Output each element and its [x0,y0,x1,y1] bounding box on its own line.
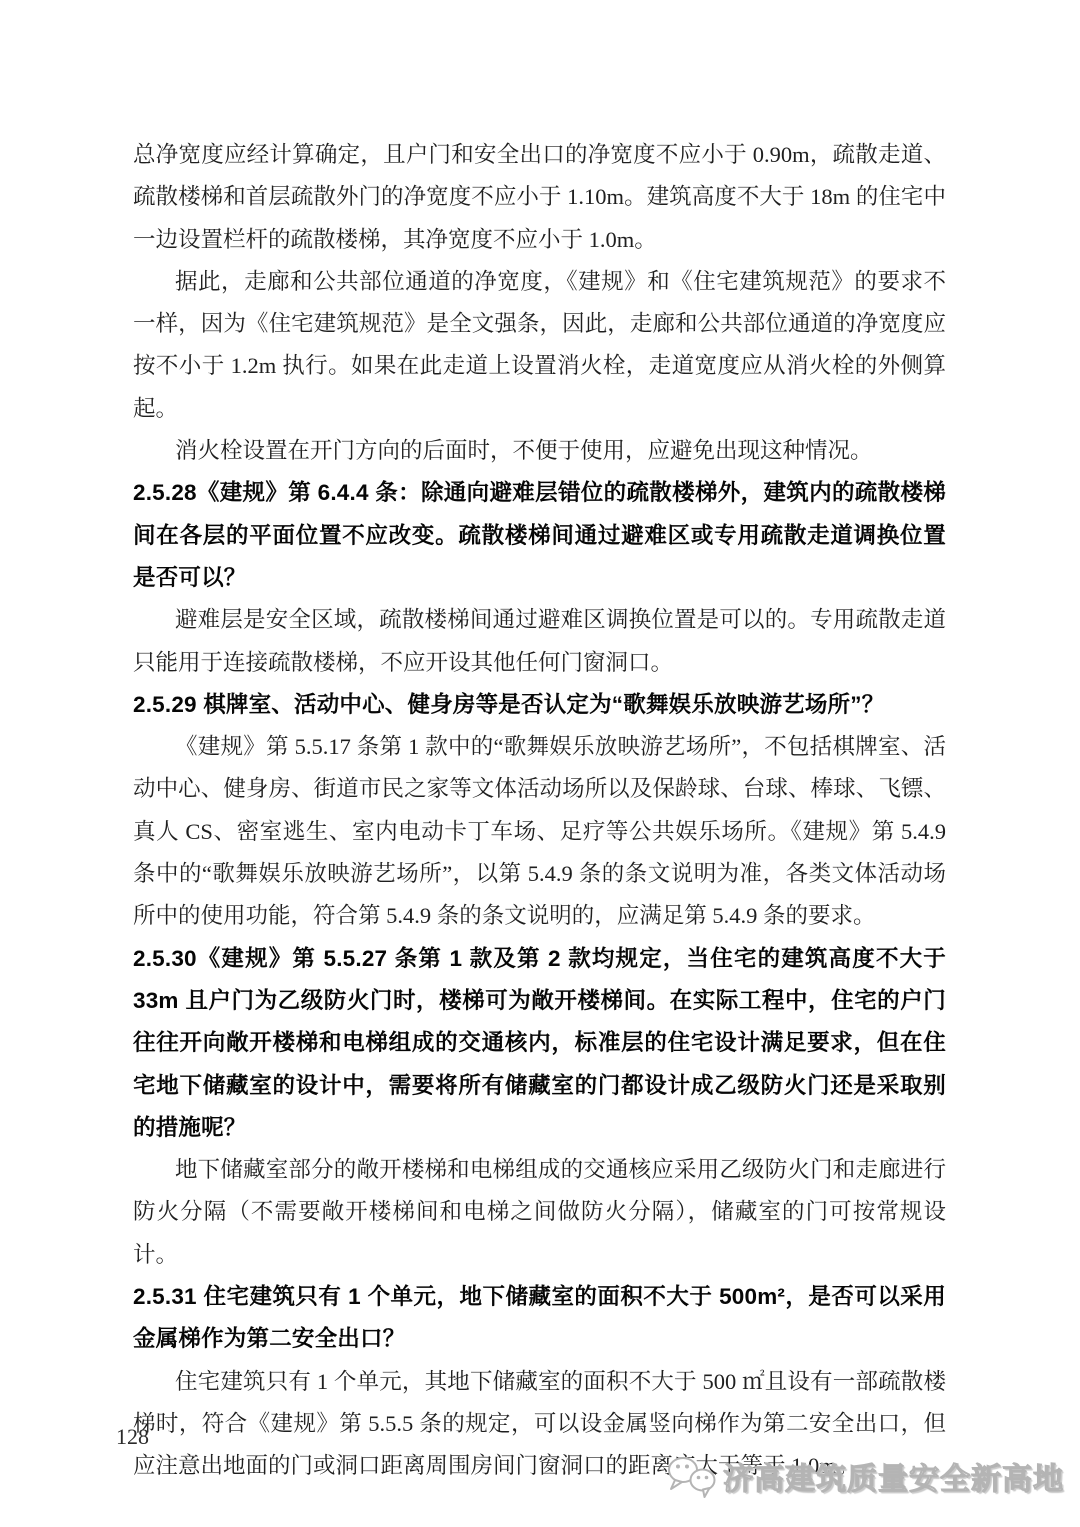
section-heading: 2.5.30《建规》第 5.5.27 条第 1 款及第 2 款均规定，当住宅的建… [133,938,946,1149]
paragraph: 《建规》第 5.5.17 条第 1 款中的“歌舞娱乐放映游艺场所”，不包括棋牌室… [133,726,946,937]
paragraph: 消火栓设置在开门方向的后面时，不便于使用，应避免出现这种情况。 [133,430,946,472]
document-content: 总净宽度应经计算确定，且户门和安全出口的净宽度不应小于 0.90m，疏散走道、疏… [133,134,946,1488]
section-heading: 2.5.31 住宅建筑只有 1 个单元，地下储藏室的面积不大于 500m²，是否… [133,1276,946,1361]
paragraph: 据此，走廊和公共部位通道的净宽度，《建规》和《住宅建筑规范》的要求不一样，因为《… [133,261,946,430]
paragraph: 避难层是安全区域，疏散楼梯间通过避难区调换位置是可以的。专用疏散走道只能用于连接… [133,599,946,684]
page-number: 128 [116,1424,149,1450]
watermark-text: 济高建筑质量安全新高地 [723,1454,1064,1498]
paragraph: 地下储藏室部分的敞开楼梯和电梯组成的交通核应采用乙级防火门和走廊进行防火分隔（不… [133,1149,946,1276]
section-heading: 2.5.28《建规》第 6.4.4 条：除通向避难层错位的疏散楼梯外，建筑内的疏… [133,472,946,599]
document-page: 总净宽度应经计算确定，且户门和安全出口的净宽度不应小于 0.90m，疏散走道、疏… [0,0,1080,1527]
watermark: 济高建筑质量安全新高地 [666,1451,1064,1501]
paragraph: 总净宽度应经计算确定，且户门和安全出口的净宽度不应小于 0.90m，疏散走道、疏… [133,134,946,261]
section-heading: 2.5.29 棋牌室、活动中心、健身房等是否认定为“歌舞娱乐放映游艺场所”？ [133,684,946,726]
wechat-icon [666,1451,718,1501]
